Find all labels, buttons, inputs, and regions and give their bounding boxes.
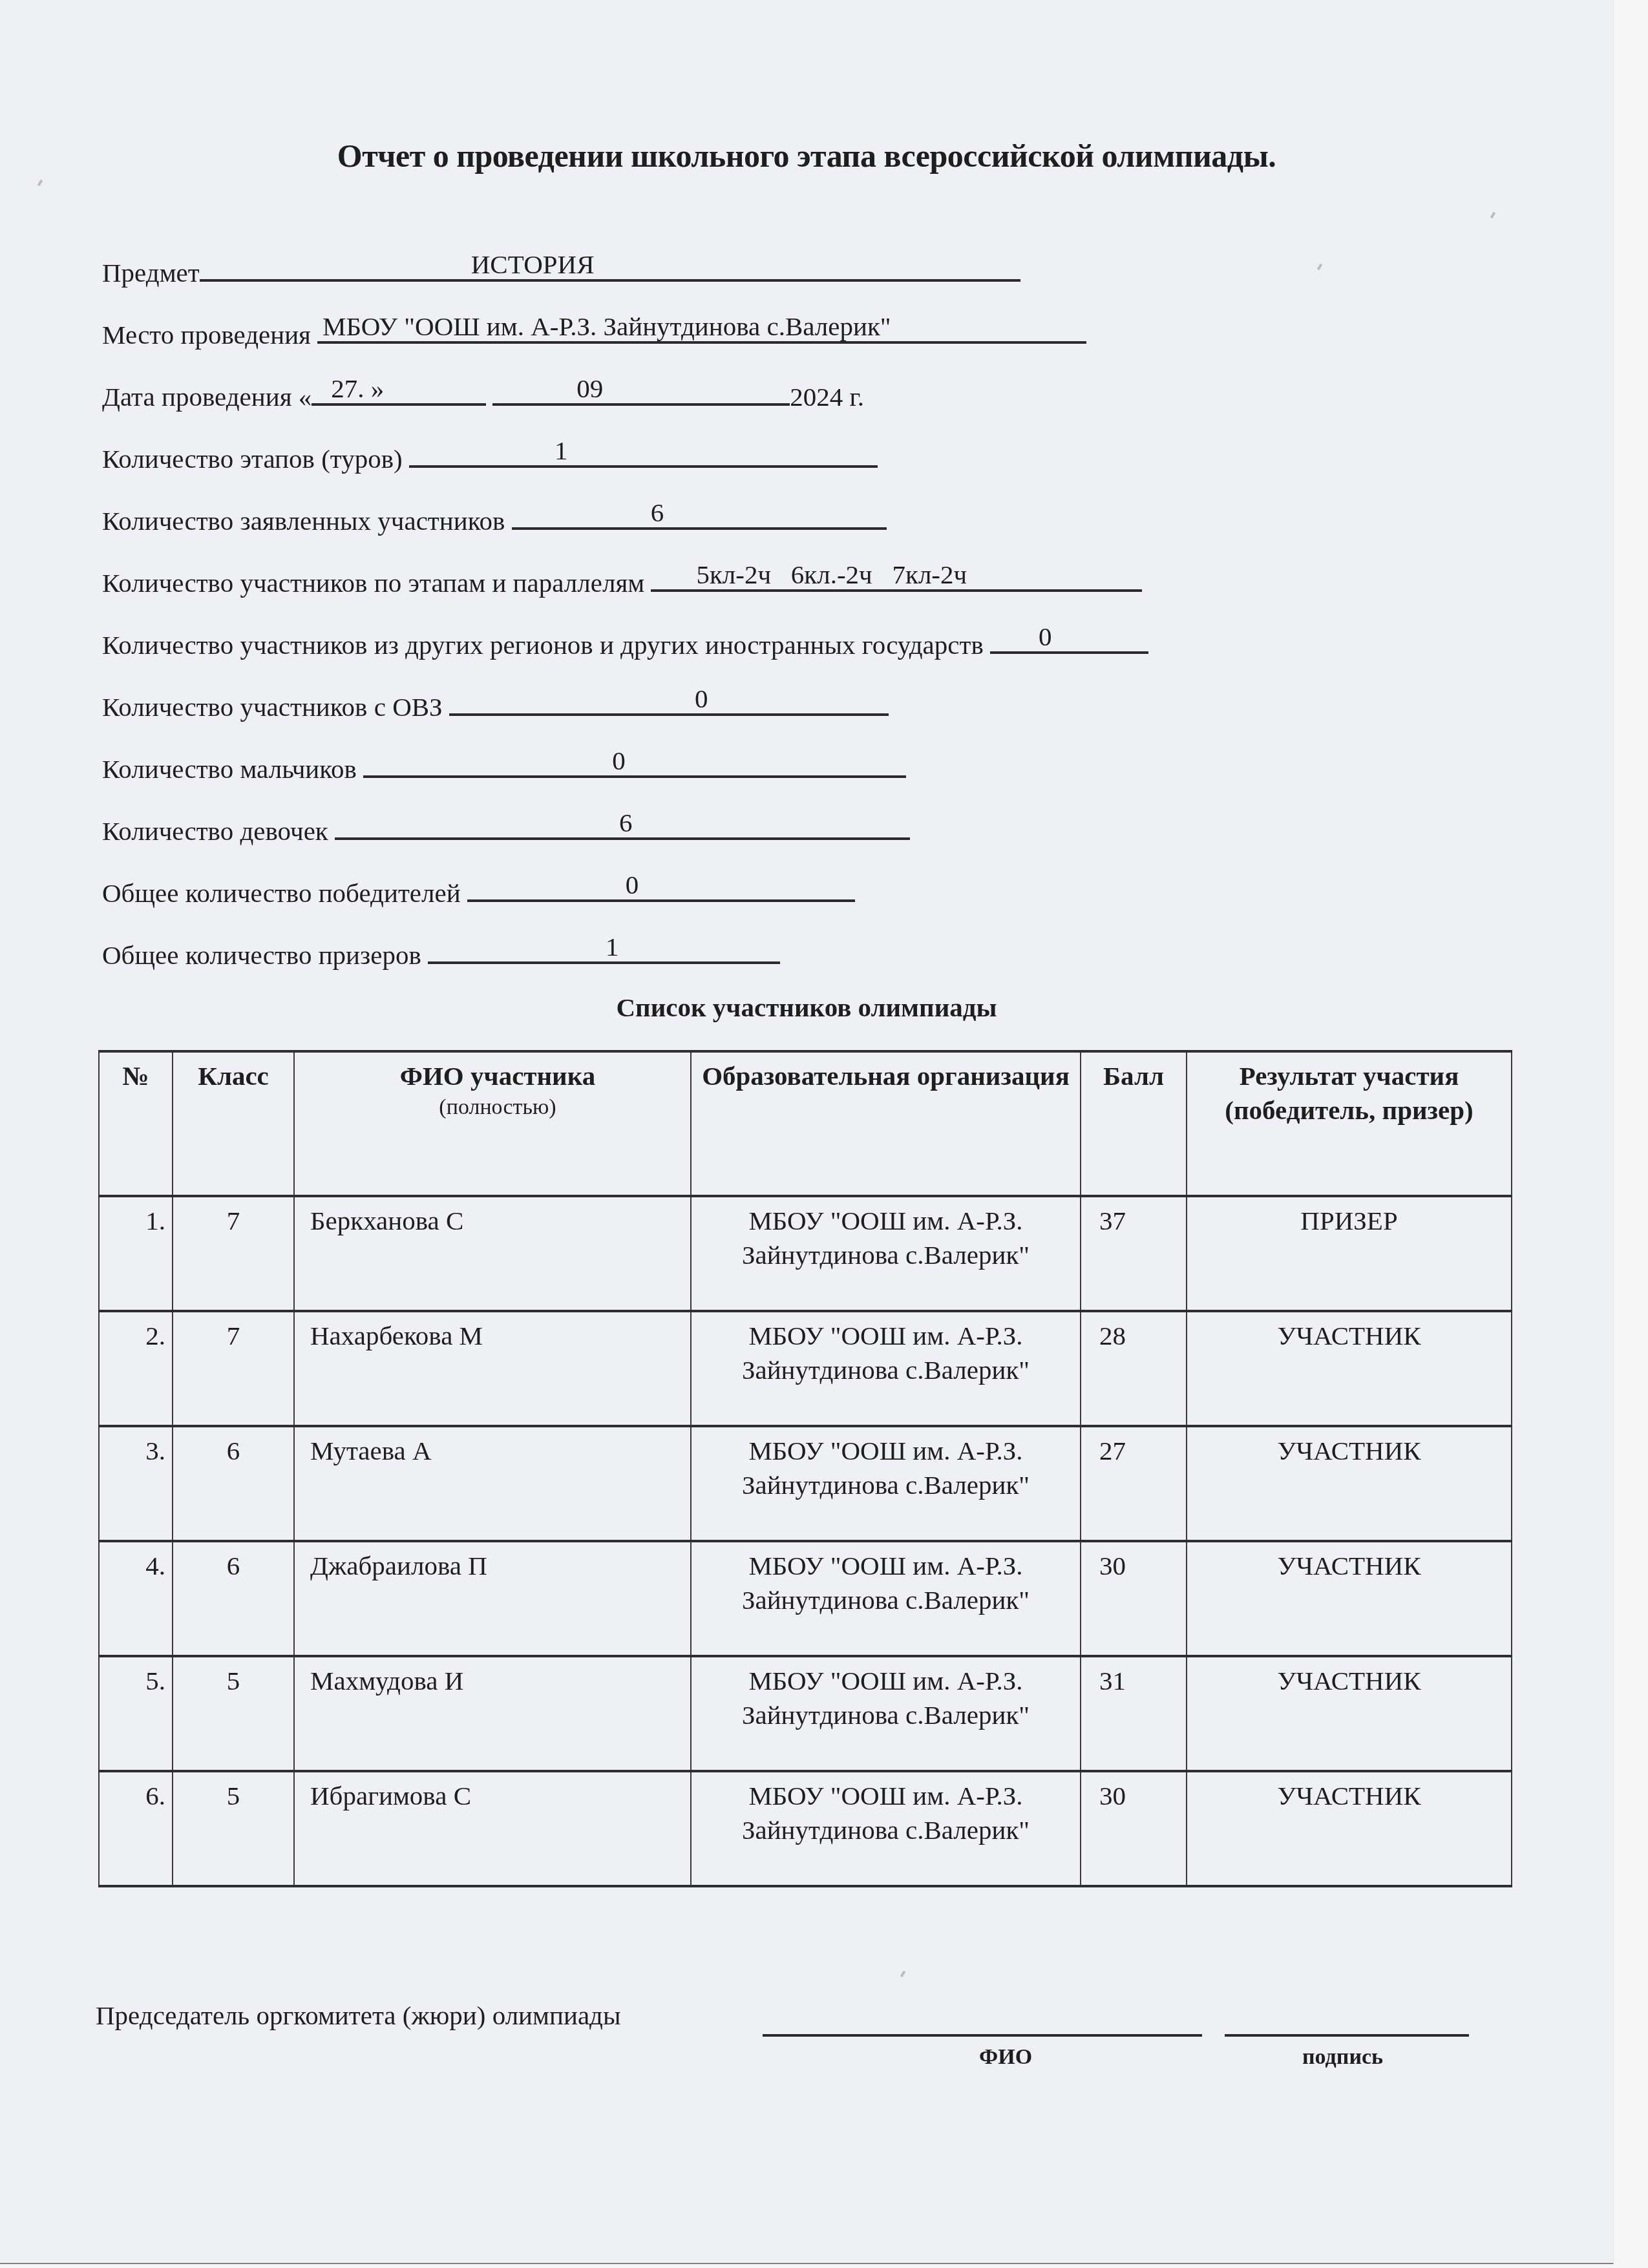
field-stages: Количество этапов (туров) 1 (102, 437, 878, 472)
field-winners: Общее количество победителей 0 (102, 871, 855, 907)
field-girls-label: Количество девочек (102, 818, 328, 845)
chairman-fio-caption: ФИО (979, 2045, 1032, 2070)
field-winners-blank: 0 (467, 871, 855, 902)
participants-list-title: Список участников олимпиады (0, 992, 1613, 1023)
cell-result: УЧАСТНИК (1187, 1541, 1512, 1656)
chairman-fio-line (763, 2034, 1202, 2037)
field-date-month: 09 (576, 375, 603, 402)
field-declared: Количество заявленных участников 6 (102, 499, 887, 534)
cell-org: МБОУ "ООШ им. А-Р.З. Зайнутдинова с.Вале… (691, 1541, 1081, 1656)
field-venue-blank: МБОУ "ООШ им. А-Р.З. Зайнутдинова с.Вале… (317, 313, 1086, 344)
cell-class: 7 (173, 1311, 294, 1426)
field-winners-label: Общее количество победителей (102, 880, 461, 907)
field-prizewinners-value: 1 (606, 934, 619, 960)
field-subject-blank: ИСТОРИЯ (200, 251, 1020, 282)
field-stages-blank: 1 (409, 437, 878, 468)
table-row: 2.7Нахарбекова ММБОУ "ООШ им. А-Р.З. Зай… (99, 1311, 1512, 1426)
field-date-label: Дата проведения « (102, 384, 312, 410)
header-class: Класс (173, 1051, 294, 1196)
cell-num: 5. (99, 1656, 173, 1771)
field-date: Дата проведения «27. »092024 г. (102, 375, 864, 410)
scan-speck (900, 1971, 905, 1978)
field-boys-blank: 0 (363, 747, 906, 778)
field-ovz-value: 0 (695, 686, 708, 712)
scan-speck (37, 180, 43, 187)
cell-class: 6 (173, 1541, 294, 1656)
cell-class: 5 (173, 1656, 294, 1771)
cell-result: УЧАСТНИК (1187, 1656, 1512, 1771)
cell-fio: Мутаева А (294, 1426, 691, 1541)
cell-org: МБОУ "ООШ им. А-Р.З. Зайнутдинова с.Вале… (691, 1656, 1081, 1771)
field-venue-label: Место проведения (102, 322, 311, 348)
field-foreign: Количество участников из других регионов… (102, 623, 1148, 658)
cell-fio: Нахарбекова М (294, 1311, 691, 1426)
field-by-parallel-label: Количество участников по этапам и паралл… (102, 570, 644, 596)
header-fio-sub: (полностью) (310, 1093, 685, 1122)
cell-result: ПРИЗЕР (1187, 1196, 1512, 1311)
field-prizewinners-label: Общее количество призеров (102, 942, 421, 969)
cell-fio: Джабраилова П (294, 1541, 691, 1656)
cell-num: 6. (99, 1771, 173, 1886)
cell-fio: Беркханова С (294, 1196, 691, 1311)
table-row: 6.5Ибрагимова СМБОУ "ООШ им. А-Р.З. Зайн… (99, 1771, 1512, 1886)
field-boys-label: Количество мальчиков (102, 756, 357, 782)
field-venue-value: МБОУ "ООШ им. А-Р.З. Зайнутдинова с.Вале… (322, 313, 891, 340)
cell-score: 30 (1081, 1541, 1187, 1656)
field-declared-value: 6 (651, 499, 664, 526)
cell-score: 31 (1081, 1656, 1187, 1771)
header-org: Образовательная организация (691, 1051, 1081, 1196)
field-winners-value: 0 (626, 872, 639, 898)
field-date-day-close: » (371, 373, 385, 403)
table-header-row: № Класс ФИО участника (полностью) Образо… (99, 1051, 1512, 1196)
cell-org: МБОУ "ООШ им. А-Р.З. Зайнутдинова с.Вале… (691, 1426, 1081, 1541)
field-date-month-blank: 09 (492, 375, 790, 406)
field-boys-value: 0 (612, 748, 626, 774)
field-girls-blank: 6 (335, 809, 910, 840)
header-num: № (99, 1051, 173, 1196)
chairman-sign-caption: подпись (1302, 2045, 1383, 2070)
field-stages-value: 1 (555, 437, 568, 464)
document-title: Отчет о проведении школьного этапа всеро… (0, 137, 1613, 174)
field-ovz: Количество участников с ОВЗ 0 (102, 685, 889, 720)
cell-fio: Махмудова И (294, 1656, 691, 1771)
scan-speck (1490, 212, 1495, 219)
field-date-day-blank: 27. » (312, 375, 486, 406)
cell-score: 30 (1081, 1771, 1187, 1886)
field-prizewinners: Общее количество призеров 1 (102, 933, 780, 969)
document-page: Отчет о проведении школьного этапа всеро… (0, 0, 1614, 2264)
header-fio: ФИО участника (полностью) (294, 1051, 691, 1196)
field-foreign-label: Количество участников из других регионов… (102, 632, 984, 658)
scan-speck (1317, 264, 1322, 271)
cell-result: УЧАСТНИК (1187, 1771, 1512, 1886)
cell-org: МБОУ "ООШ им. А-Р.З. Зайнутдинова с.Вале… (691, 1311, 1081, 1426)
cell-org: МБОУ "ООШ им. А-Р.З. Зайнутдинова с.Вале… (691, 1196, 1081, 1311)
field-declared-blank: 6 (512, 499, 887, 530)
cell-num: 3. (99, 1426, 173, 1541)
cell-class: 6 (173, 1426, 294, 1541)
participants-table: № Класс ФИО участника (полностью) Образо… (98, 1050, 1512, 1887)
field-foreign-blank: 0 (990, 623, 1148, 654)
field-subject-label: Предмет (102, 260, 200, 286)
cell-result: УЧАСТНИК (1187, 1426, 1512, 1541)
field-venue: Место проведенияМБОУ "ООШ им. А-Р.З. Зай… (102, 313, 1086, 348)
cell-num: 2. (99, 1311, 173, 1426)
cell-class: 5 (173, 1771, 294, 1886)
cell-score: 37 (1081, 1196, 1187, 1311)
cell-score: 28 (1081, 1311, 1187, 1426)
header-result: Результат участия (победитель, призер) (1187, 1051, 1512, 1196)
cell-num: 4. (99, 1541, 173, 1656)
cell-fio: Ибрагимова С (294, 1771, 691, 1886)
header-score: Балл (1081, 1051, 1187, 1196)
field-declared-label: Количество заявленных участников (102, 508, 505, 534)
field-by-parallel: Количество участников по этапам и паралл… (102, 561, 1142, 596)
field-prizewinners-blank: 1 (428, 933, 780, 964)
cell-num: 1. (99, 1196, 173, 1311)
field-girls-value: 6 (619, 810, 633, 836)
field-by-parallel-value: 5кл-2ч 6кл.-2ч 7кл-2ч (696, 562, 967, 588)
header-fio-label: ФИО участника (400, 1061, 595, 1091)
chairman-sign-line (1225, 2034, 1469, 2037)
field-subject: ПредметИСТОРИЯ (102, 251, 1020, 286)
cell-result: УЧАСТНИК (1187, 1311, 1512, 1426)
cell-class: 7 (173, 1196, 294, 1311)
chairman-signature-label: Председатель оргкомитета (жюри) олимпиад… (96, 2000, 621, 2031)
field-date-year: 2024 г. (790, 384, 864, 410)
field-date-day: 27. (331, 373, 364, 403)
field-foreign-value: 0 (1039, 624, 1052, 650)
table-row: 5.5Махмудова ИМБОУ "ООШ им. А-Р.З. Зайну… (99, 1656, 1512, 1771)
cell-org: МБОУ "ООШ им. А-Р.З. Зайнутдинова с.Вале… (691, 1771, 1081, 1886)
table-row: 3.6Мутаева АМБОУ "ООШ им. А-Р.З. Зайнутд… (99, 1426, 1512, 1541)
field-stages-label: Количество этапов (туров) (102, 446, 403, 472)
table-row: 1.7Беркханова СМБОУ "ООШ им. А-Р.З. Зайн… (99, 1196, 1512, 1311)
field-ovz-label: Количество участников с ОВЗ (102, 694, 443, 720)
table-body: 1.7Беркханова СМБОУ "ООШ им. А-Р.З. Зайн… (99, 1196, 1512, 1886)
field-subject-value: ИСТОРИЯ (471, 251, 595, 278)
cell-score: 27 (1081, 1426, 1187, 1541)
table-row: 4.6Джабраилова ПМБОУ "ООШ им. А-Р.З. Зай… (99, 1541, 1512, 1656)
field-by-parallel-blank: 5кл-2ч 6кл.-2ч 7кл-2ч (651, 561, 1142, 592)
field-boys: Количество мальчиков 0 (102, 747, 906, 782)
field-girls: Количество девочек 6 (102, 809, 910, 845)
field-ovz-blank: 0 (449, 685, 889, 716)
